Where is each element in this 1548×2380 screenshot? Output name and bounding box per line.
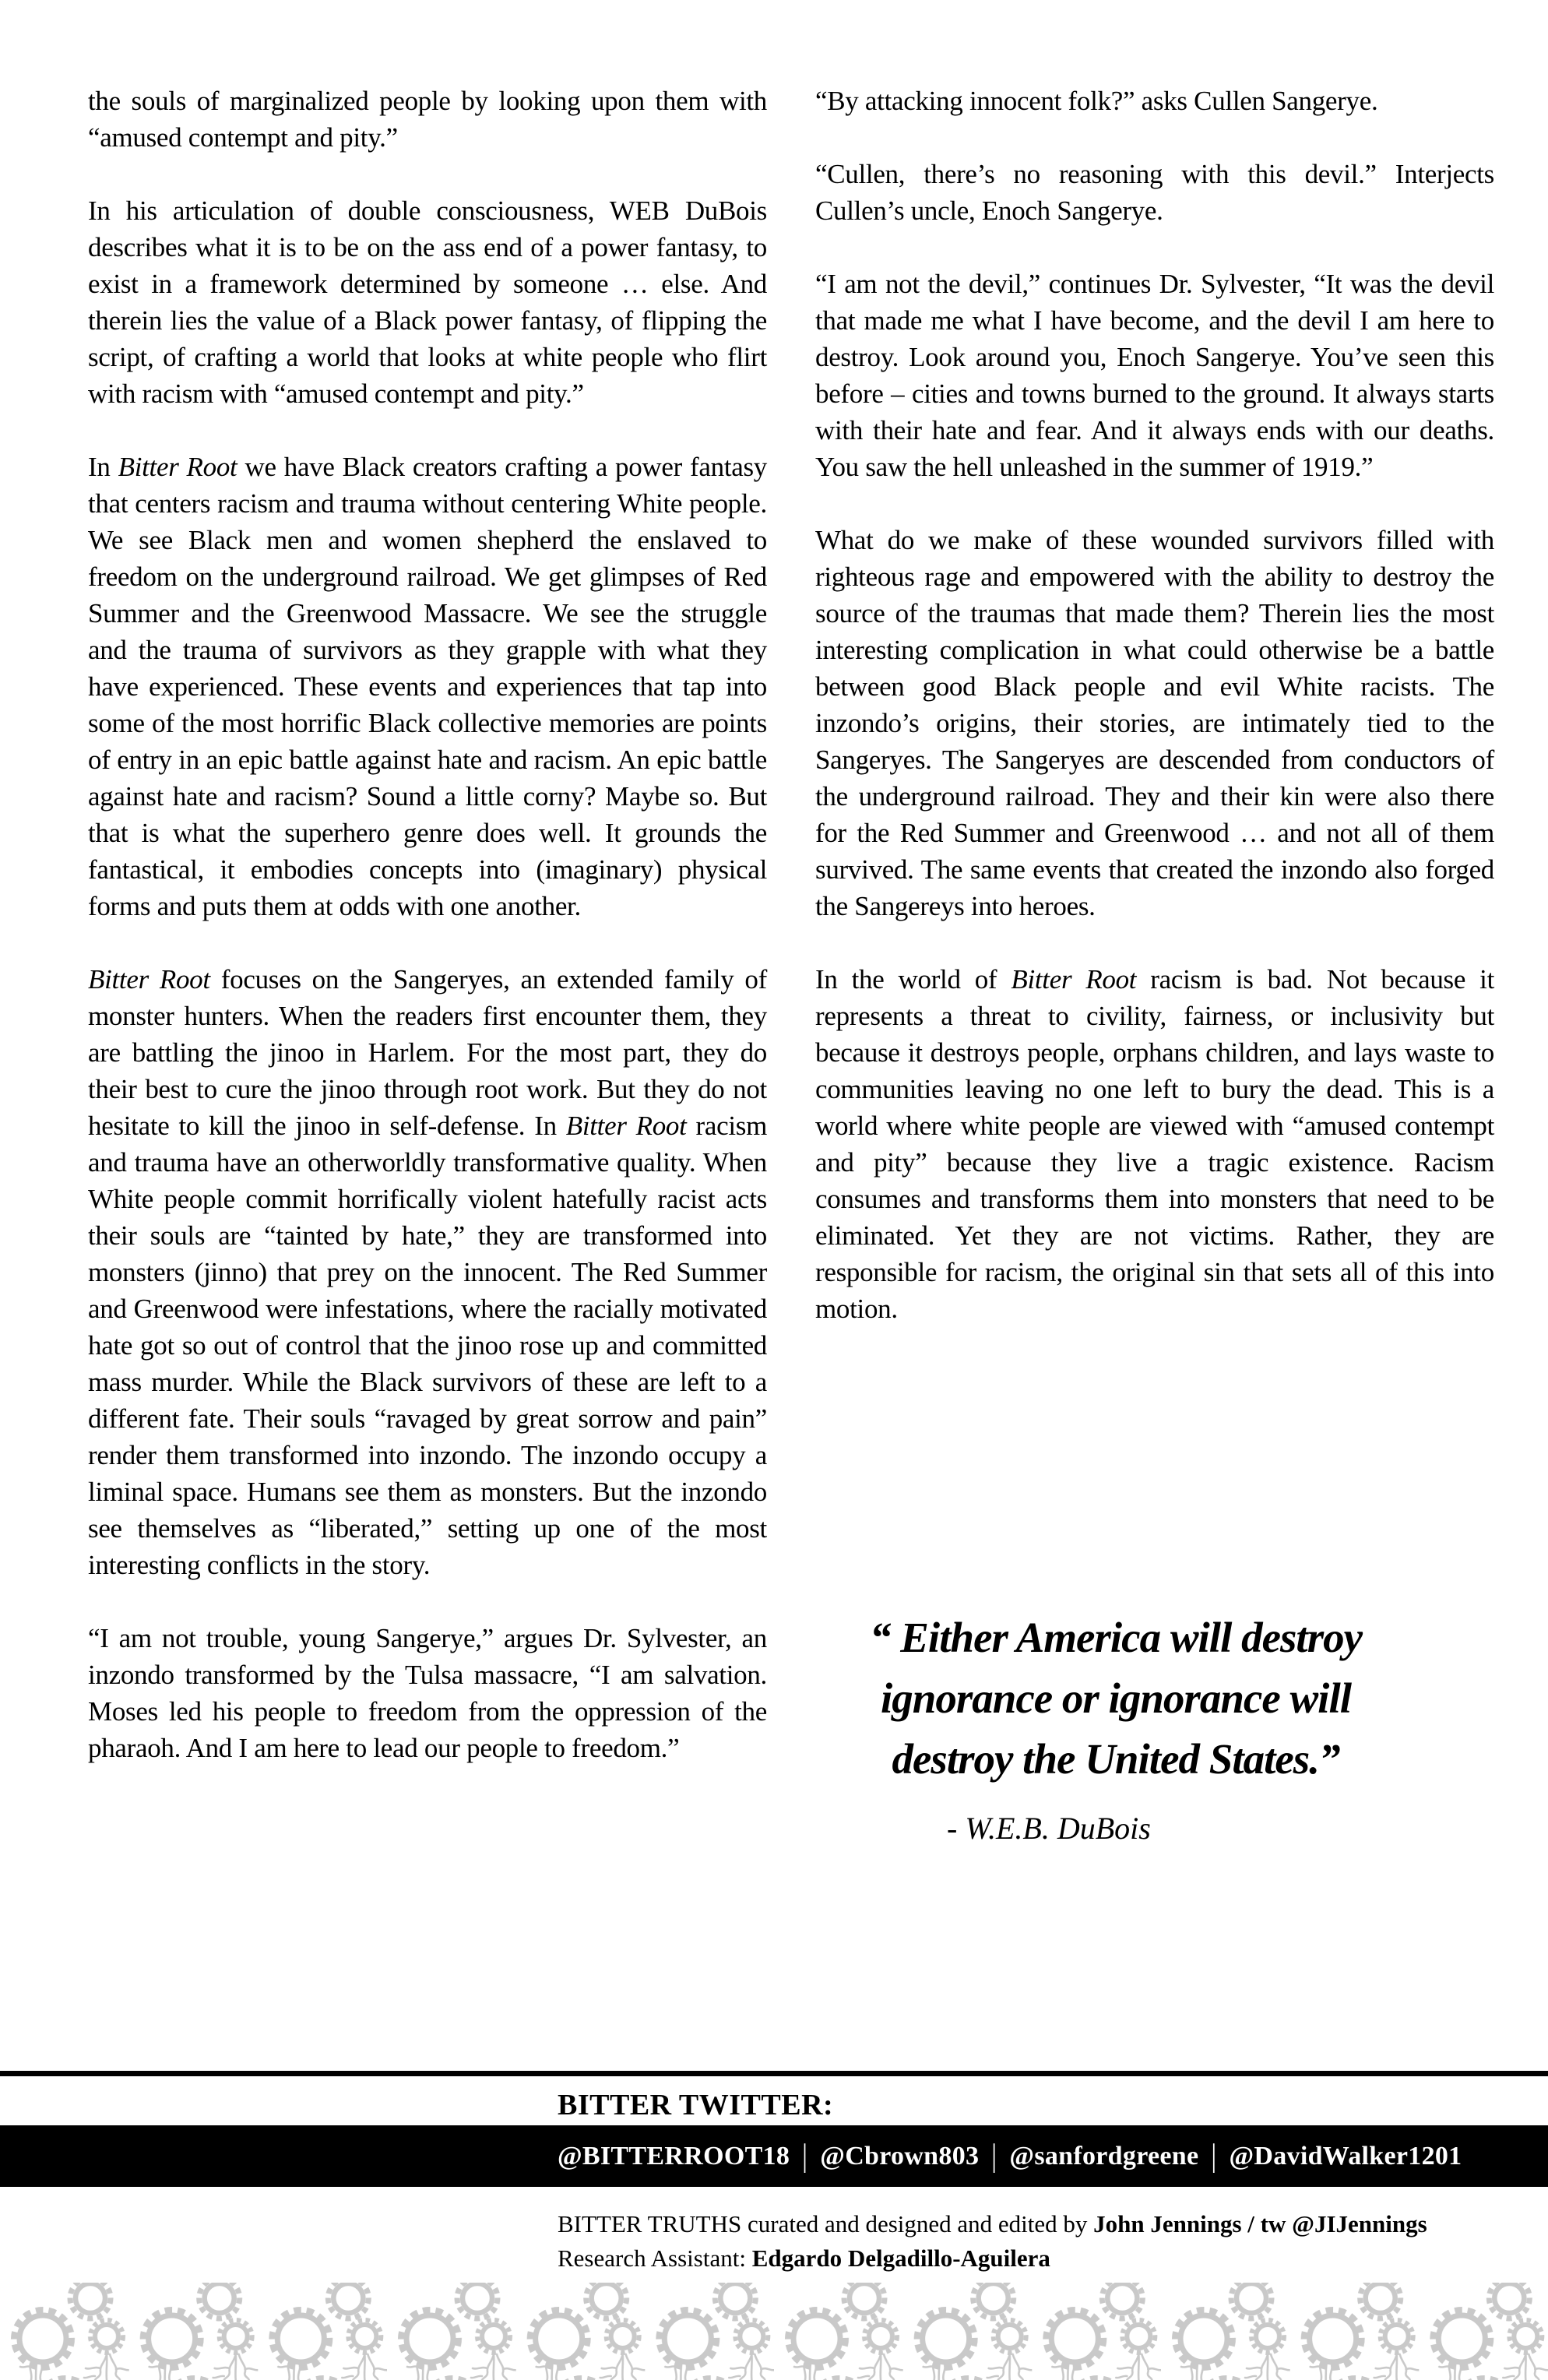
body-paragraph: Bitter Root focuses on the Sangeryes, an… [88, 961, 767, 1583]
handle-separator: | [790, 2139, 820, 2174]
bitter-twitter-heading: BITTER TWITTER: [558, 2089, 833, 2121]
text-run: “I am not trouble, young Sangerye,” argu… [88, 1623, 767, 1763]
column-left: the souls of marginalized people by look… [88, 83, 767, 1803]
bold-text: John Jennings / tw @JIJennings [1093, 2210, 1427, 2237]
text-run: In [88, 452, 118, 482]
body-paragraph: In Bitter Root we have Black creators cr… [88, 449, 767, 924]
text-run: In the world of [815, 964, 1011, 995]
body-paragraph: “Cullen, there’s no reasoning with this … [815, 156, 1494, 229]
text-run: the souls of marginalized people by look… [88, 86, 767, 153]
body-paragraph: “I am not the devil,” continues Dr. Sylv… [815, 266, 1494, 485]
research-assistant-line: Research Assistant: Edgardo Delgadillo-A… [558, 2241, 1427, 2276]
text-run: “Cullen, there’s no reasoning with this … [815, 159, 1494, 226]
handle-separator: | [1198, 2139, 1229, 2174]
text-run: What do we make of these wounded survivo… [815, 525, 1494, 921]
italic-text: Bitter Root [1011, 964, 1136, 995]
italic-text: Bitter Root [566, 1111, 687, 1141]
body-paragraph: In the world of Bitter Root racism is ba… [815, 961, 1494, 1327]
credits-block: BITTER TRUTHS curated and designed and e… [558, 2207, 1427, 2276]
twitter-handle: @Cbrown803 [820, 2142, 979, 2171]
body-paragraph: “By attacking innocent folk?” asks Culle… [815, 83, 1494, 119]
body-paragraph: “I am not trouble, young Sangerye,” argu… [88, 1620, 767, 1766]
twitter-handles-bar: @BITTERROOT18|@Cbrown803|@sanfordgreene|… [0, 2125, 1548, 2187]
text-run: In his articulation of double consciousn… [88, 195, 767, 409]
body-paragraph: What do we make of these wounded survivo… [815, 522, 1494, 924]
pull-quote-lines: “ Either America will destroyignorance o… [815, 1607, 1416, 1790]
text-run: BITTER TRUTHS curated and designed and e… [558, 2210, 1093, 2237]
pull-quote-attribution: - W.E.B. DuBois [947, 1810, 1416, 1847]
gear-root-pattern-band [0, 2283, 1548, 2380]
article-body: the souls of marginalized people by look… [88, 83, 1494, 1803]
body-paragraph: the souls of marginalized people by look… [88, 83, 767, 156]
text-run: racism and trauma have an otherworldly t… [88, 1111, 767, 1580]
credits-line: BITTER TRUTHS curated and designed and e… [558, 2207, 1427, 2241]
pull-quote-line: ignorance or ignorance will [815, 1668, 1416, 1729]
column-right-paragraphs: “By attacking innocent folk?” asks Culle… [815, 83, 1494, 1327]
text-run: we have Black creators crafting a power … [88, 452, 767, 921]
italic-text: Bitter Root [118, 452, 237, 482]
italic-text: Bitter Root [88, 964, 210, 995]
text-run: “By attacking innocent folk?” asks Culle… [815, 86, 1377, 116]
body-paragraph: In his articulation of double consciousn… [88, 192, 767, 412]
text-run: Research Assistant: [558, 2244, 752, 2272]
twitter-handles-text: @BITTERROOT18|@Cbrown803|@sanfordgreene|… [558, 2125, 1462, 2187]
text-run: racism is bad. Not because it represents… [815, 964, 1494, 1324]
bold-text: Edgardo Delgadillo-Aguilera [752, 2244, 1050, 2272]
twitter-handle: @DavidWalker1201 [1229, 2142, 1462, 2171]
twitter-handle: @sanfordgreene [1009, 2142, 1198, 2171]
twitter-handle: @BITTERROOT18 [558, 2142, 790, 2171]
pull-quote: “ Either America will destroyignorance o… [815, 1607, 1416, 1847]
column-right: “By attacking innocent folk?” asks Culle… [815, 83, 1494, 1803]
pull-quote-line: “ Either America will destroy [815, 1607, 1416, 1668]
footer-divider-rule [0, 2071, 1548, 2076]
handle-separator: | [979, 2139, 1009, 2174]
pull-quote-line: destroy the United States.” [815, 1729, 1416, 1790]
text-run: “I am not the devil,” continues Dr. Sylv… [815, 269, 1494, 482]
page: the souls of marginalized people by look… [0, 0, 1548, 2380]
